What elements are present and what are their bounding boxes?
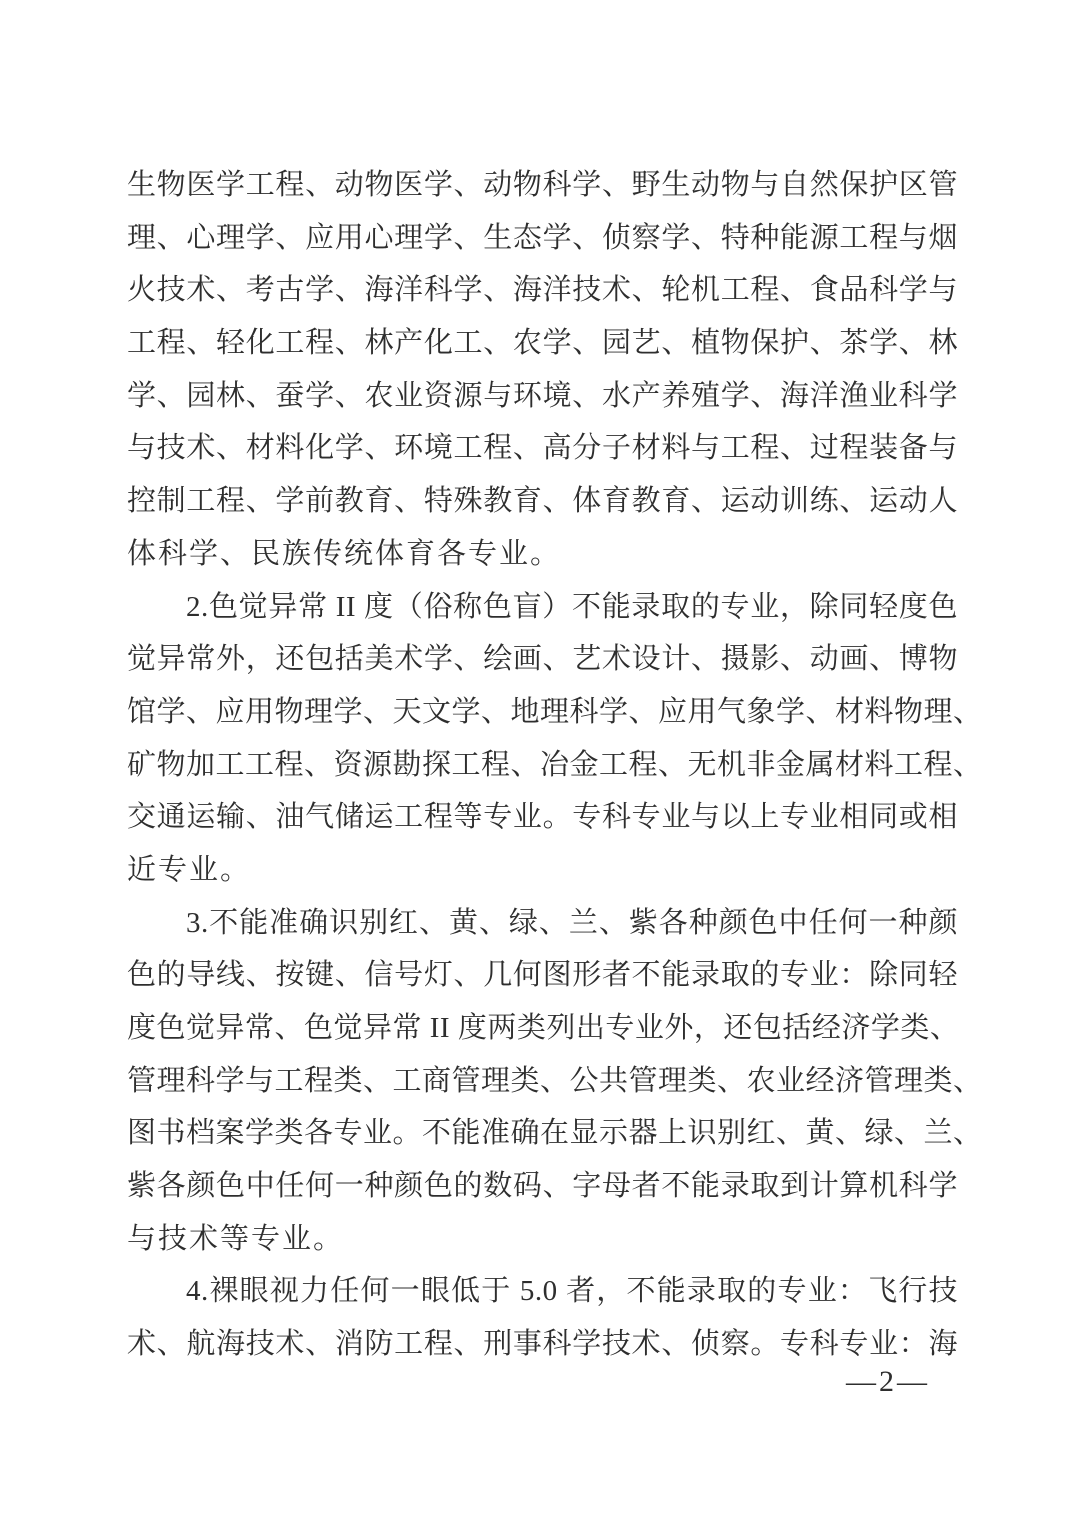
text-line: 控制工程、学前教育、特殊教育、体育教育、运动训练、运动人 <box>127 475 958 528</box>
paragraph: 3.不能准确识别红、黄、绿、兰、紫各种颜色中任何一种颜 色的导线、按键、信号灯、… <box>127 897 958 1266</box>
text-line: 交通运输、油气储运工程等专业。专科专业与以上专业相同或相 <box>127 791 958 844</box>
text-line: 管理科学与工程类、工商管理类、公共管理类、农业经济管理类、 <box>127 1055 958 1108</box>
text-line: 色的导线、按键、信号灯、几何图形者不能录取的专业：除同轻 <box>127 949 958 1002</box>
text-line: 体科学、民族传统体育各专业。 <box>127 528 958 581</box>
paragraph: 4.裸眼视力任何一眼低于 5.0 者，不能录取的专业：飞行技 术、航海技术、消防… <box>127 1265 958 1370</box>
text-line: 馆学、应用物理学、天文学、地理科学、应用气象学、材料物理、 <box>127 686 958 739</box>
document-body: 生物医学工程、动物医学、动物科学、野生动物与自然保护区管 理、心理学、应用心理学… <box>127 159 958 1371</box>
text-line: 工程、轻化工程、林产化工、农学、园艺、植物保护、茶学、林 <box>127 317 958 370</box>
text-line: 火技术、考古学、海洋科学、海洋技术、轮机工程、食品科学与 <box>127 264 958 317</box>
text-line: 3.不能准确识别红、黄、绿、兰、紫各种颜色中任何一种颜 <box>127 897 958 950</box>
paragraph: 生物医学工程、动物医学、动物科学、野生动物与自然保护区管 理、心理学、应用心理学… <box>127 159 958 581</box>
text-line: 与技术等专业。 <box>127 1213 958 1266</box>
text-line: 学、园林、蚕学、农业资源与环境、水产养殖学、海洋渔业科学 <box>127 370 958 423</box>
text-line: 度色觉异常、色觉异常 II 度两类列出专业外，还包括经济学类、 <box>127 1002 958 1055</box>
text-line: 术、航海技术、消防工程、刑事科学技术、侦察。专科专业：海 <box>127 1318 958 1371</box>
text-line: 近专业。 <box>127 844 958 897</box>
text-line: 紫各颜色中任何一种颜色的数码、字母者不能录取到计算机科学 <box>127 1160 958 1213</box>
text-line: 2.色觉异常 II 度（俗称色盲）不能录取的专业，除同轻度色 <box>127 581 958 634</box>
text-line: 图书档案学类各专业。不能准确在显示器上识别红、黄、绿、兰、 <box>127 1107 958 1160</box>
text-line: 4.裸眼视力任何一眼低于 5.0 者，不能录取的专业：飞行技 <box>127 1265 958 1318</box>
text-line: 觉异常外，还包括美术学、绘画、艺术设计、摄影、动画、博物 <box>127 633 958 686</box>
text-line: 生物医学工程、动物医学、动物科学、野生动物与自然保护区管 <box>127 159 958 212</box>
page-number: —2— <box>846 1364 930 1400</box>
text-line: 理、心理学、应用心理学、生态学、侦察学、特种能源工程与烟 <box>127 212 958 265</box>
paragraph: 2.色觉异常 II 度（俗称色盲）不能录取的专业，除同轻度色 觉异常外，还包括美… <box>127 581 958 897</box>
text-line: 矿物加工工程、资源勘探工程、冶金工程、无机非金属材料工程、 <box>127 739 958 792</box>
text-line: 与技术、材料化学、环境工程、高分子材料与工程、过程装备与 <box>127 422 958 475</box>
document-page: 生物医学工程、动物医学、动物科学、野生动物与自然保护区管 理、心理学、应用心理学… <box>0 0 1080 1527</box>
